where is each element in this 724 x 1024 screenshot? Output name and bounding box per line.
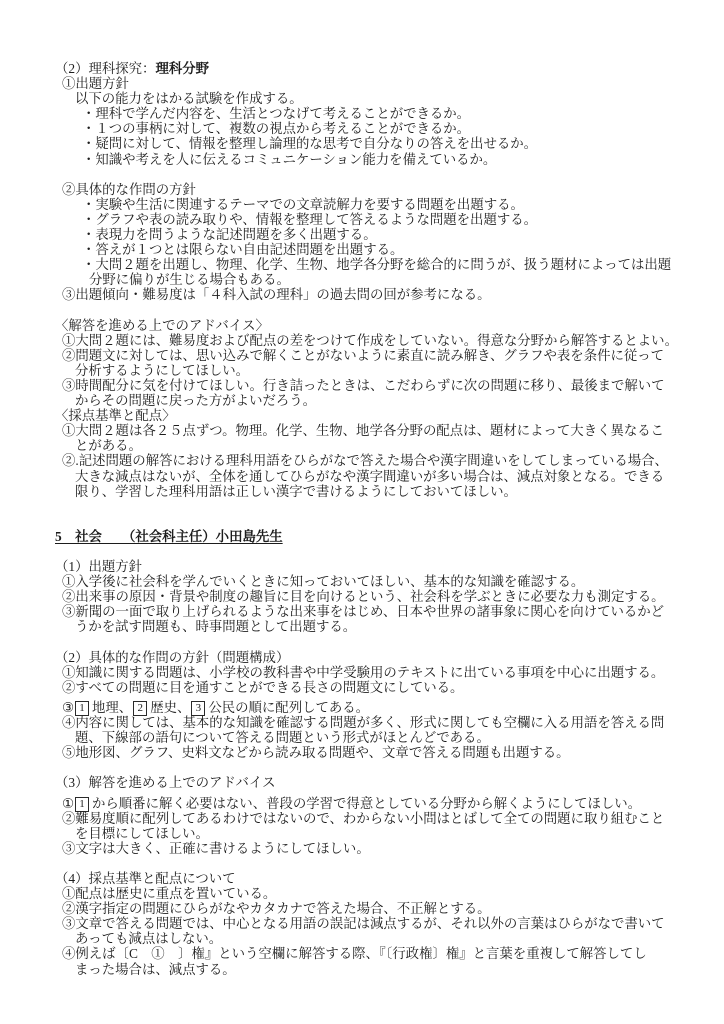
doc-line: ①知識に関する問題は、小学校の教科書や中学受験用のテキストに出ている事項を中心に… — [55, 665, 718, 680]
boxed-number: 2 — [133, 701, 147, 716]
doc-line: ②漢字指定の問題にひらがなやカタカナで答えた場合、不正解とする。 — [55, 901, 718, 916]
doc-line: ③時間配分に気を付けてほしい。行き詰ったときは、こだわらずに次の問題に移り、最後… — [55, 378, 718, 393]
blank-line — [55, 856, 718, 871]
text-run: ②具体的な作問の方針 — [62, 182, 196, 197]
doc-line: とがある。 — [55, 438, 718, 453]
text-run: まった場合は、減点する。 — [75, 962, 236, 977]
doc-line: ②具体的な作問の方針 — [55, 182, 718, 197]
text-run: ・表現力を問うような記述問題を多く出題する。 — [82, 227, 377, 242]
doc-line: 題、下線部の語句について答える問題という形式がほとんどである。 — [55, 730, 718, 745]
doc-line: 以下の能力をはかる試験を作成する。 — [55, 91, 718, 106]
text-run: （2）具体的な作問の方針（問題構成） — [55, 650, 289, 665]
text-run: ①大問２題は各２５点ずつ。物理。化学、生物、地学各分野の配点は、題材によって大き… — [62, 423, 664, 438]
doc-line: まった場合は、減点する。 — [55, 962, 718, 977]
document-page: （2）理科探究：理科分野①出題方針以下の能力をはかる試験を作成する。・理科で学ん… — [0, 0, 724, 1024]
text-run: ① — [62, 796, 74, 811]
doc-line: 大きな減点はないが、全体を通してひらがなや漢字間違いが多い場合は、減点対象となる… — [55, 469, 718, 484]
text-run: 5 社会 （社会科主任）小田島先生 — [55, 529, 283, 544]
text-run: ③出題傾向・難易度は「４科入試の理科」の過去問の回が参考になる。 — [62, 287, 491, 302]
doc-line: ②出来事の原因・背景や制度の趣旨に目を向けるという、社会科を学ぶときに必要な力も… — [55, 589, 718, 604]
doc-line: ④内容に関しては、基本的な知識を確認する問題が多く、形式に関しても空欄に入る用語… — [55, 715, 718, 730]
text-run: ・大問２題を出題し、物理、化学、生物、地学各分野を総合的に問うが、扱う題材によっ… — [82, 257, 671, 272]
doc-line: ①大問２題は各２５点ずつ。物理。化学、生物、地学各分野の配点は、題材によって大き… — [55, 423, 718, 438]
doc-line: ③1地理、2歴史、3公民の順に配列してある。 — [55, 700, 718, 715]
section-rika-tankyuu-rika-bunya: （2）理科探究：理科分野①出題方針以下の能力をはかる試験を作成する。・理科で学ん… — [55, 61, 718, 529]
text-run: うかを試す問題も、時事問題として出題する。 — [75, 619, 356, 634]
text-run: ・グラフや表の読み取りや、情報を整理して答えるような問題を出題する。 — [82, 212, 537, 227]
doc-line: 5 社会 （社会科主任）小田島先生 — [55, 529, 718, 544]
doc-line: あっても減点はしない。 — [55, 931, 718, 946]
doc-line: ②難易度順に配列してあるわけではないので、わからない小問はとばして全ての問題に取… — [55, 811, 718, 826]
doc-line: ・知識や考えを人に伝えるコミュニケーション能力を備えているか。 — [55, 152, 718, 167]
text-run: 〈解答を進める上でのアドバイス〉 — [55, 318, 269, 333]
text-run: ③時間配分に気を付けてほしい。行き詰ったときは、こだわらずに次の問題に移り、最後… — [62, 378, 665, 393]
text-run: （1）出題方針 — [55, 559, 142, 574]
text-run: からその問題に戻った方がよいだろう。 — [75, 393, 316, 408]
text-run: とがある。 — [75, 438, 142, 453]
blank-line — [55, 499, 718, 514]
doc-line: うかを試す問題も、時事問題として出題する。 — [55, 619, 718, 634]
text-run: 限り、学習した理科用語は正しい漢字で書けるようにしておいてほしい。 — [75, 484, 517, 499]
doc-line: ②問題文に対しては、思い込みで解くことがないように素直に読み解き、グラフや表を条… — [55, 348, 718, 363]
doc-line: ・大問２題を出題し、物理、化学、生物、地学各分野を総合的に問うが、扱う題材によっ… — [55, 257, 718, 272]
doc-line: ①出題方針 — [55, 76, 718, 91]
blank-line — [55, 514, 718, 529]
doc-line: ・表現力を問うような記述問題を多く出題する。 — [55, 227, 718, 242]
text-run: ②漢字指定の問題にひらがなやカタカナで答えた場合、不正解とする。 — [62, 901, 491, 916]
text-run: ・答えが１つとは限らない自由記述問題を出題する。 — [82, 242, 403, 257]
text-run: から順番に解く必要はない、普段の学習で得意としている分野から解くようにしてほしい… — [92, 796, 641, 811]
doc-line: ・実験や生活に関連するテーマでの文章読解力を要する問題を出題する。 — [55, 197, 718, 212]
text-run: ④例えば〔C ① 〕権』という空欄に解答する際、『〔行政権〕権』と言葉を重複して… — [62, 946, 647, 961]
doc-line: ③出題傾向・難易度は「４科入試の理科」の過去問の回が参考になる。 — [55, 287, 718, 302]
text-run: ③新聞の一面で取り上げられるような出来事をはじめ、日本や世界の諸事象に関心を向け… — [62, 604, 664, 619]
text-run: ・知識や考えを人に伝えるコミュニケーション能力を備えているか。 — [82, 152, 496, 167]
text-run: 分析するようにしてほしい。 — [75, 363, 249, 378]
text-run: 分野に偏りが生じる場合もある。 — [89, 272, 290, 287]
blank-line — [55, 167, 718, 182]
doc-line: ①入学後に社会科を学んでいくときに知っておいてほしい、基本的な知識を確認する。 — [55, 574, 718, 589]
text-run: ・理科で学んだ内容を、生活とつなげて考えることができるか。 — [82, 106, 470, 121]
text-run: ②難易度順に配列してあるわけではないので、わからない小問はとばして全ての問題に取… — [62, 811, 664, 826]
doc-line: ②すべての問題に目を通すことができる長さの問題文にしている。 — [55, 680, 718, 695]
text-run: あっても減点はしない。 — [75, 931, 222, 946]
text-run: ②.記述問題の解答における理科用語をひらがなで答えた場合や漢字間違いをしてしまっ… — [62, 453, 668, 468]
text-run: ⑤地形図、グラフ、史料文などから読み取る問題や、文章で答える問題も出題する。 — [62, 745, 570, 760]
blank-line — [55, 635, 718, 650]
doc-line: （2）具体的な作問の方針（問題構成） — [55, 650, 718, 665]
doc-line: ⑤地形図、グラフ、史料文などから読み取る問題や、文章で答える問題も出題する。 — [55, 745, 718, 760]
text-run: を目標にしてほしい。 — [75, 826, 209, 841]
doc-line: （2）理科探究：理科分野 — [55, 61, 718, 76]
text-run: 歴史、 — [150, 700, 190, 715]
doc-line: ・疑問に対して、情報を整理し論理的な思考で自分なりの答えを出せるか。 — [55, 136, 718, 151]
doc-line: ③文字は大きく、正確に書けるようにしてほしい。 — [55, 841, 718, 856]
text-run: ・１つの事柄に対して、複数の視点から考えることができるか。 — [82, 121, 470, 136]
doc-line: からその問題に戻った方がよいだろう。 — [55, 393, 718, 408]
doc-line: ①1から順番に解く必要はない、普段の学習で得意としている分野から解くようにしてほ… — [55, 796, 718, 811]
text-run: （4）採点基準と配点について — [55, 871, 236, 886]
doc-line: 〈採点基準と配点〉 — [55, 408, 718, 423]
doc-line: を目標にしてほしい。 — [55, 826, 718, 841]
text-run: ③文章で答える問題では、中心となる用語の誤記は減点するが、それ以外の言葉はひらが… — [62, 916, 665, 931]
text-run: 題、下線部の語句について答える問題という形式がほとんどである。 — [75, 730, 490, 745]
text-run: ①配点は歴史に重点を置いている。 — [62, 886, 276, 901]
boxed-number: 1 — [75, 701, 89, 716]
text-run: ②問題文に対しては、思い込みで解くことがないように素直に読み解き、グラフや表を条… — [62, 348, 664, 363]
text-run: 理科分野 — [155, 61, 209, 76]
text-run: ①入学後に社会科を学んでいくときに知っておいてほしい、基本的な知識を確認する。 — [62, 574, 584, 589]
doc-line: ・１つの事柄に対して、複数の視点から考えることができるか。 — [55, 121, 718, 136]
text-run: （2）理科探究： — [55, 61, 155, 76]
doc-line: ②.記述問題の解答における理科用語をひらがなで答えた場合や漢字間違いをしてしまっ… — [55, 453, 718, 468]
text-run: ④内容に関しては、基本的な知識を確認する問題が多く、形式に関しても空欄に入る用語… — [62, 715, 664, 730]
doc-line: ①大問２題には、難易度および配点の差をつけて作成をしていない。得意な分野から解答… — [55, 333, 718, 348]
text-run: 地理、 — [92, 700, 132, 715]
doc-line: 分野に偏りが生じる場合もある。 — [55, 272, 718, 287]
doc-line: ③新聞の一面で取り上げられるような出来事をはじめ、日本や世界の諸事象に関心を向け… — [55, 604, 718, 619]
blank-line — [55, 544, 718, 559]
doc-line: （3）解答を進める上でのアドバイス — [55, 775, 718, 790]
text-run: ①知識に関する問題は、小学校の教科書や中学受験用のテキストに出ている事項を中心に… — [62, 665, 664, 680]
doc-line: ④例えば〔C ① 〕権』という空欄に解答する際、『〔行政権〕権』と言葉を重複して… — [55, 946, 718, 961]
text-run: ②すべての問題に目を通すことができる長さの問題文にしている。 — [62, 680, 463, 695]
doc-line: 分析するようにしてほしい。 — [55, 363, 718, 378]
text-run: ・実験や生活に関連するテーマでの文章読解力を要する問題を出題する。 — [82, 197, 524, 212]
boxed-number: 1 — [75, 797, 89, 812]
text-run: ③文字は大きく、正確に書けるようにしてほしい。 — [62, 841, 370, 856]
boxed-number: 3 — [191, 701, 205, 716]
doc-line: （4）採点基準と配点について — [55, 871, 718, 886]
doc-line: ③文章で答える問題では、中心となる用語の誤記は減点するが、それ以外の言葉はひらが… — [55, 916, 718, 931]
doc-line: 限り、学習した理科用語は正しい漢字で書けるようにしておいてほしい。 — [55, 484, 718, 499]
text-run: ①出題方針 — [62, 76, 129, 91]
blank-line — [55, 760, 718, 775]
text-run: 大きな減点はないが、全体を通してひらがなや漢字間違いが多い場合は、減点対象となる… — [75, 469, 664, 484]
doc-line: 〈解答を進める上でのアドバイス〉 — [55, 318, 718, 333]
doc-line: ①配点は歴史に重点を置いている。 — [55, 886, 718, 901]
section-shakai: 5 社会 （社会科主任）小田島先生（1）出題方針①入学後に社会科を学んでいくとき… — [55, 529, 718, 977]
text-run: ③ — [62, 700, 74, 715]
text-run: 〈採点基準と配点〉 — [55, 408, 176, 423]
doc-line: ・答えが１つとは限らない自由記述問題を出題する。 — [55, 242, 718, 257]
doc-line: ・理科で学んだ内容を、生活とつなげて考えることができるか。 — [55, 106, 718, 121]
text-run: ②出来事の原因・背景や制度の趣旨に目を向けるという、社会科を学ぶときに必要な力も… — [62, 589, 665, 604]
text-run: （3）解答を進める上でのアドバイス — [55, 775, 276, 790]
text-run: 公民の順に配列してある。 — [208, 700, 369, 715]
blank-line — [55, 303, 718, 318]
doc-line: ・グラフや表の読み取りや、情報を整理して答えるような問題を出題する。 — [55, 212, 718, 227]
text-run: 以下の能力をはかる試験を作成する。 — [75, 91, 303, 106]
text-run: ・疑問に対して、情報を整理し論理的な思考で自分なりの答えを出せるか。 — [82, 136, 537, 151]
text-run: ①大問２題には、難易度および配点の差をつけて作成をしていない。得意な分野から解答… — [62, 333, 678, 348]
doc-line: （1）出題方針 — [55, 559, 718, 574]
